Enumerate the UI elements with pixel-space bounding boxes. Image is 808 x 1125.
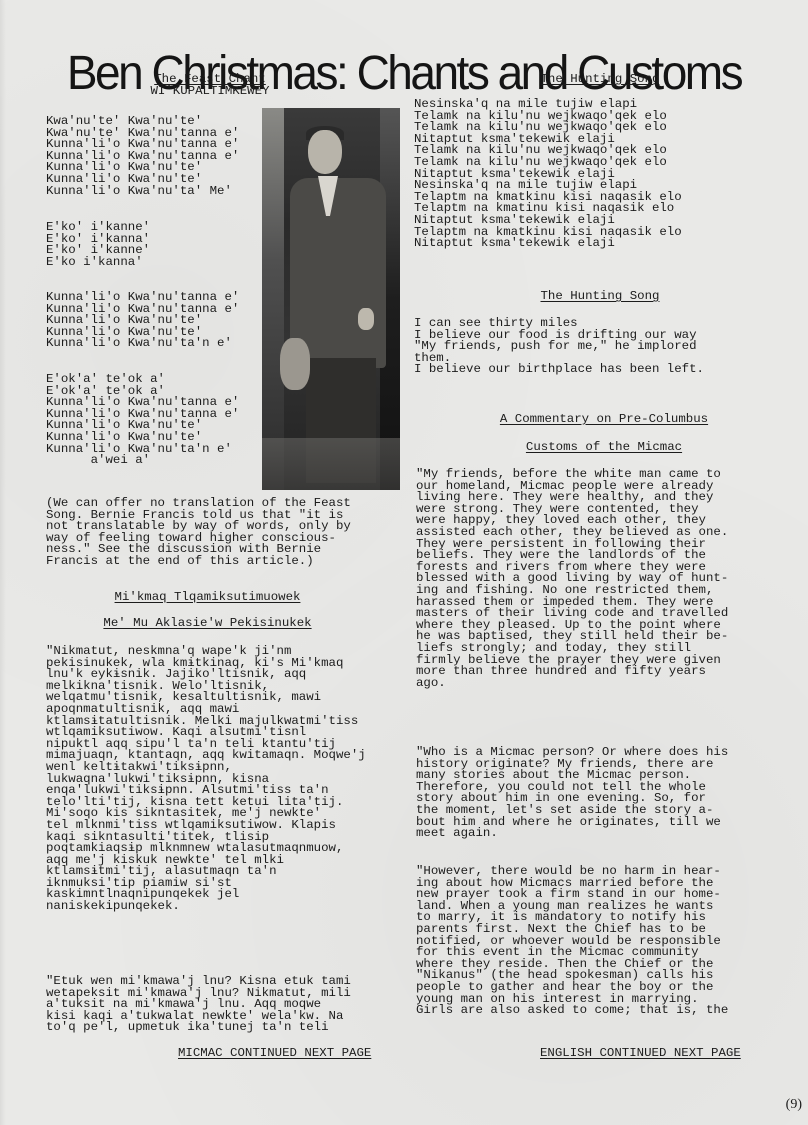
feast-chant-stanza-2: E'ko' i'kanne'E'ko' i'kanna'E'ko' i'kann… — [46, 222, 150, 268]
commentary-heading-1: A Commentary on Pre-Columbus — [414, 414, 794, 426]
text-line: meet again. — [416, 828, 728, 840]
feast-chant-stanza-3: Kunna'li'o Kwa'nu'tanna e'Kunna'li'o Kwa… — [46, 292, 239, 350]
feast-chant-note: (We can offer no translation of the Feas… — [46, 498, 351, 568]
text-line: more than three hundred and fifty years — [416, 666, 728, 678]
hunting-song-heading: The Hunting Song — [480, 74, 720, 86]
text-line: "My friends, push for me," he implored — [414, 341, 704, 353]
hunting-song-english-lyrics: I can see thirty milesI believe our food… — [414, 318, 704, 376]
text-line: Kunna'li'o Kwa'nu'ta' Me' — [46, 186, 239, 198]
text-line: a'wei a' — [46, 455, 239, 467]
commentary-paragraph-2: "Who is a Micmac person? Or where does h… — [416, 747, 728, 840]
text-line: ago. — [416, 678, 728, 690]
micmac-continued-link[interactable]: MICMAC CONTINUED NEXT PAGE — [178, 1048, 371, 1060]
hunting-song-heading-english: The Hunting Song — [480, 291, 720, 303]
micmac-paragraph-1: "Nikmatut, neskmna'q wape'k ji'nmpekisin… — [46, 646, 366, 913]
text-line: I believe our birthplace has been left. — [414, 364, 704, 376]
feast-chant-subheading: WI'KUPALTIMKEWEY — [120, 86, 300, 98]
text-line: naniskekipunqekek. — [46, 901, 366, 913]
micmac-heading-1: Mi'kmaq Tlqamiksutimuowek — [40, 592, 375, 604]
text-line: Kunna'li'o Kwa'nu'ta'n e' — [46, 338, 239, 350]
page-number: (9) — [786, 1097, 802, 1113]
text-line: Girls are also asked to come; that is, t… — [416, 1005, 728, 1017]
commentary-paragraph-1: "My friends, before the white man came t… — [416, 469, 728, 689]
micmac-paragraph-2: "Etuk wen mi'kmawa'j lnu? Kisna etuk tam… — [46, 976, 351, 1034]
english-continued-link[interactable]: ENGLISH CONTINUED NEXT PAGE — [540, 1048, 741, 1060]
text-line: Nitaptut ksma'tekewik elaji — [414, 238, 682, 250]
commentary-heading-2: Customs of the Micmac — [414, 442, 794, 454]
commentary-paragraph-3: "However, there would be no harm in hear… — [416, 866, 728, 1017]
text-line: Francis at the end of this article.) — [46, 556, 351, 568]
feast-chant-stanza-1: Kwa'nu'te' Kwa'nu'te'Kwa'nu'te' Kwa'nu't… — [46, 116, 239, 197]
portrait-photo — [262, 108, 400, 490]
text-line: E'ko i'kanna' — [46, 257, 150, 269]
feast-chant-stanza-4: E'ok'a' te'ok a'E'ok'a' te'ok a'Kunna'li… — [46, 374, 239, 467]
text-line: to'q pe'l, upmetuk ika'tunej ta'n teli — [46, 1022, 351, 1034]
micmac-heading-2: Me' Mu Aklasie'w Pekisinukek — [40, 618, 375, 630]
hunting-song-micmac-lyrics: Nesinska'q na mile tujiw elapiTelamk na … — [414, 99, 682, 250]
